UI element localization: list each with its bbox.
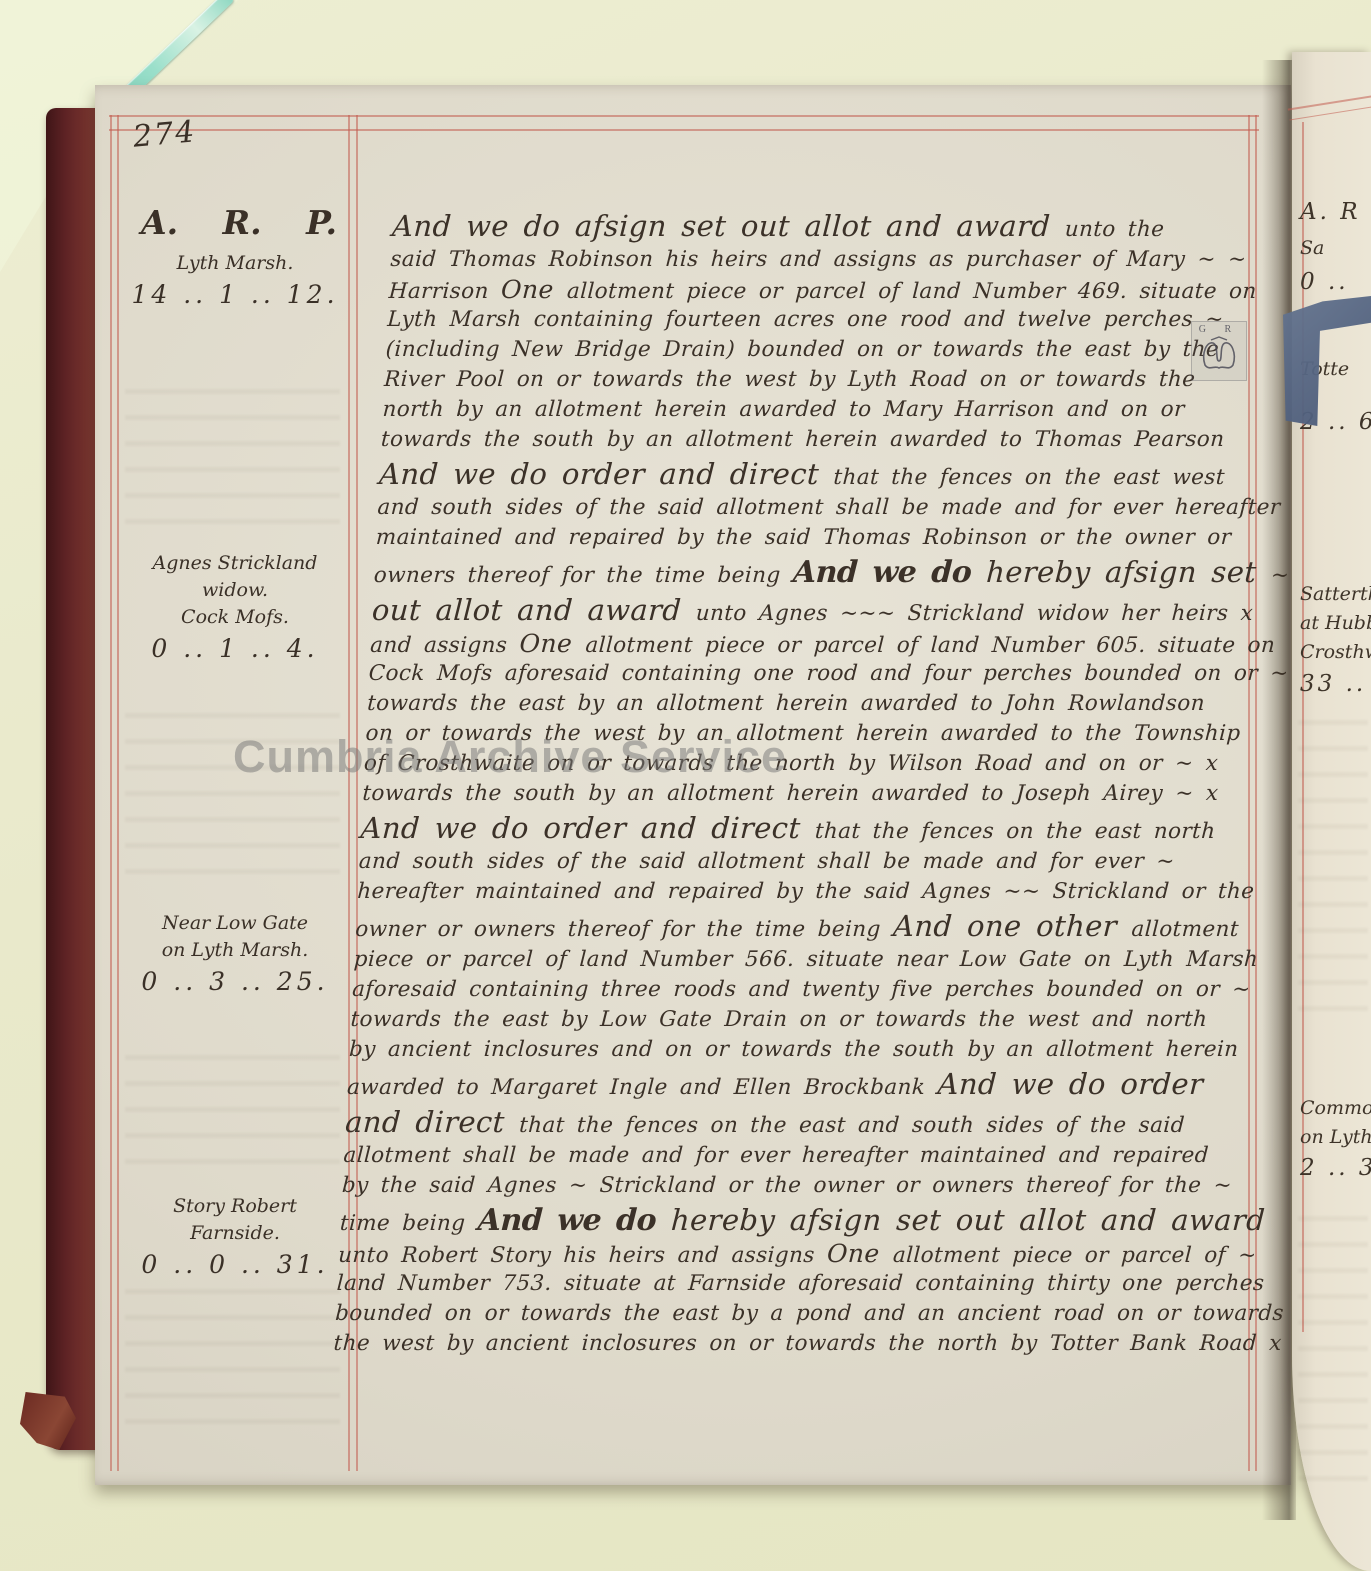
body-text-segment: time being <box>339 1211 478 1236</box>
body-text-line: Lyth Marsh containing fourteen acres one… <box>386 305 1280 335</box>
margin-note-line: Agnes Strickland <box>115 550 355 577</box>
body-text-segment: that the fences on the east north <box>814 819 1216 844</box>
body-text-line: and direct that the fences on the east a… <box>344 1103 1238 1141</box>
right-page-edge: A. RSa0 ..Totte2 .. 6Satterthwat Hubbers… <box>1292 52 1371 1571</box>
body-text-segment: (including New Bridge Drain) bounded on … <box>385 337 1220 362</box>
body-text-segment: bounded on or towards the east by a pond… <box>335 1301 1285 1326</box>
body-text-segment: by ancient inclosures and on or towards … <box>348 1037 1239 1062</box>
right-page-fragment: 0 .. <box>1300 268 1349 297</box>
bleed-through-text <box>125 1035 340 1185</box>
body-text-segment: unto the <box>1064 217 1165 242</box>
margin-note-arp-value: 0 .. 1 .. 4. <box>115 634 355 663</box>
rule-line <box>1289 102 1371 121</box>
body-text-segment: And we do order and direct <box>378 457 834 491</box>
body-text-segment: One <box>826 1239 893 1268</box>
header-acres: A. <box>141 203 178 242</box>
body-text-segment: unto Agnes ~~~ Strickland widow her heir… <box>695 601 1254 626</box>
revenue-stamp: G R <box>1191 321 1247 381</box>
body-text-segment: and south sides of the said allotment sh… <box>358 849 1175 874</box>
body-text-line: (including New Bridge Drain) bounded on … <box>385 335 1279 365</box>
body-text-line: the west by ancient inclosures on or tow… <box>333 1329 1227 1359</box>
margin-note: Near Low Gateon Lyth Marsh.0 .. 3 .. 25. <box>115 910 355 996</box>
body-text-segment: awarded to Margaret Ingle and Ellen Broc… <box>346 1075 938 1100</box>
body-text-line: and assigns One allotment piece or parce… <box>369 629 1263 659</box>
right-page-fragment-line: 0 .. <box>1300 268 1349 297</box>
right-page-fragment-line: Common <box>1300 1094 1371 1123</box>
body-text-segment: and direct <box>344 1105 520 1139</box>
body-text-segment: River Pool on or towards the west by Lyt… <box>383 367 1195 392</box>
body-text-line: time being And we do hereby afsign set o… <box>339 1201 1233 1239</box>
margin-note-line: on Lyth Marsh. <box>115 937 355 964</box>
left-page: 274 A. R. P. Lyth Marsh.14 .. 1 .. 12.Ag… <box>95 85 1291 1485</box>
body-text-line: bounded on or towards the east by a pond… <box>334 1299 1228 1329</box>
right-page-fragment: A. R <box>1300 198 1361 227</box>
page-gutter-shadow <box>1262 60 1296 1520</box>
body-text-segment: towards the east by Low Gate Drain on or… <box>350 1007 1208 1032</box>
rule-line <box>109 129 1259 131</box>
body-text-segment: by the said Agnes ~ Strickland or the ow… <box>341 1173 1232 1198</box>
margin-note-line: Story Robert <box>115 1193 355 1220</box>
body-text-line: unto Robert Story his heirs and assigns … <box>338 1239 1232 1269</box>
body-text-line: land Number 753. situate at Farnside afo… <box>336 1269 1230 1299</box>
header-roods: R. <box>223 203 262 242</box>
body-text-segment: allotment piece or parcel of land Number… <box>585 633 1276 658</box>
right-page-fragment-line: Crosthwait <box>1300 638 1371 667</box>
margin-column-header: A. R. P. <box>141 203 337 242</box>
right-page-fragment: Satterthwat HubbersCrosthwait <box>1300 580 1371 667</box>
body-text-line: allotment shall be made and for ever her… <box>343 1141 1237 1171</box>
body-text-segment: One <box>500 275 567 304</box>
body-text: And we do afsign set out allot and award… <box>333 207 1285 1359</box>
body-text-line: and south sides of the said allotment sh… <box>358 847 1252 877</box>
stamp-cypher-icon <box>1199 335 1239 373</box>
margin-note-line: Cock Mofs. <box>115 604 355 631</box>
body-text-segment: piece or parcel of land Number 566. situ… <box>353 947 1259 972</box>
body-text-line: piece or parcel of land Number 566. situ… <box>353 945 1247 975</box>
body-text-segment: allotment <box>1131 917 1240 942</box>
body-text-segment: owners thereof for the time being <box>373 563 793 588</box>
body-text-segment: allotment piece or parcel of land Number… <box>566 279 1257 304</box>
body-text-segment: hereby afsign set out allot and award <box>670 1203 1266 1237</box>
manuscript-photo: 274 A. R. P. Lyth Marsh.14 .. 1 .. 12.Ag… <box>0 0 1371 1571</box>
margin-note-line: Near Low Gate <box>115 910 355 937</box>
body-text-line: said Thomas Robinson his heirs and assig… <box>390 245 1284 275</box>
body-text-segment: the west by ancient inclosures on or tow… <box>333 1331 1282 1356</box>
right-page-fragment: 33 .. 1 <box>1300 670 1371 699</box>
right-page-fragment: Commonon Lyth <box>1300 1094 1371 1152</box>
right-page-fragment: Sa <box>1300 234 1324 263</box>
body-text-segment: One <box>519 629 586 658</box>
margin-note-arp-value: 0 .. 3 .. 25. <box>115 967 355 996</box>
right-page-fragment-line: 2 .. 3 <box>1300 1154 1371 1183</box>
body-text-segment: allotment piece or parcel of ~ <box>892 1243 1257 1268</box>
margin-note-arp-value: 0 .. 0 .. 31. <box>115 1250 355 1279</box>
body-text-segment: allotment shall be made and for ever her… <box>343 1143 1210 1168</box>
body-text-segment: that the fences on the east west <box>833 465 1226 490</box>
right-page-fragment-line: at Hubbers <box>1300 609 1371 638</box>
body-text-line: out allot and award unto Agnes ~~~ Stric… <box>371 591 1265 629</box>
bleed-through-text <box>125 1275 340 1445</box>
body-text-segment: And we do <box>792 555 987 590</box>
right-page-fragment-line: Satterthw <box>1300 580 1371 609</box>
body-text-line: north by an allotment herein awarded to … <box>382 395 1276 425</box>
rule-line <box>109 115 1259 117</box>
body-text-segment: towards the east by an allotment herein … <box>367 691 1206 716</box>
bleed-through-text <box>1298 702 1368 1032</box>
body-text-line: And we do afsign set out allot and award… <box>391 207 1285 245</box>
margin-note: Agnes Stricklandwidow.Cock Mofs.0 .. 1 .… <box>115 550 355 663</box>
body-text-segment: out allot and award <box>371 593 697 627</box>
bleed-through-text <box>125 385 340 545</box>
right-page-fragment-line: 33 .. 1 <box>1300 670 1371 699</box>
margin-note-line: widow. <box>115 577 355 604</box>
body-text-line: and south sides of the said allotment sh… <box>377 493 1271 523</box>
body-text-line: maintained and repaired by the said Thom… <box>375 523 1269 553</box>
body-text-segment: owner or owners thereof for the time bei… <box>355 917 894 942</box>
margin-note: Story RobertFarnside.0 .. 0 .. 31. <box>115 1193 355 1279</box>
right-page-fragment: 2 .. 3 <box>1300 1154 1371 1183</box>
body-text-segment: And one other <box>892 909 1132 943</box>
right-page-fragment-line: A. R <box>1300 198 1361 227</box>
body-text-line: Cock Mofs aforesaid containing one rood … <box>368 659 1262 689</box>
body-text-line: aforesaid containing three roods and twe… <box>351 975 1245 1005</box>
body-text-segment: aforesaid containing three roods and twe… <box>352 977 1252 1002</box>
margin-note-line: Lyth Marsh. <box>115 250 355 277</box>
body-text-segment: And we do order and direct <box>360 811 816 845</box>
body-text-segment: land Number 753. situate at Farnside afo… <box>336 1271 1265 1296</box>
header-perches: P. <box>306 203 337 242</box>
body-text-line: towards the east by an allotment herein … <box>366 689 1260 719</box>
body-text-segment: towards the south by an allotment herein… <box>362 781 1219 806</box>
stamp-letters: G R <box>1192 324 1246 335</box>
body-text-segment: hereafter maintained and repaired by the… <box>357 879 1255 904</box>
page-number: 274 <box>132 114 198 154</box>
body-text-segment: unto Robert Story his heirs and assigns <box>338 1243 828 1268</box>
body-text-segment: Cock Mofs aforesaid containing one rood … <box>368 661 1289 686</box>
body-text-line: hereafter maintained and repaired by the… <box>357 877 1251 907</box>
body-text-segment: and assigns <box>370 633 521 658</box>
body-text-line: towards the east by Low Gate Drain on or… <box>350 1005 1244 1035</box>
margin-note-arp-value: 14 .. 1 .. 12. <box>115 280 355 309</box>
body-text-segment: that the fences on the east and south si… <box>519 1113 1186 1138</box>
body-text-segment: maintained and repaired by the said Thom… <box>375 525 1232 550</box>
body-text-segment: And we do <box>477 1203 672 1238</box>
body-text-segment: Harrison <box>388 279 502 304</box>
right-page-fragment-line: on Lyth <box>1300 1123 1371 1152</box>
body-text-line: River Pool on or towards the west by Lyt… <box>383 365 1277 395</box>
body-text-line: owner or owners thereof for the time bei… <box>355 907 1249 945</box>
bleed-through-text <box>1298 1202 1368 1502</box>
body-text-line: owners thereof for the time being And we… <box>373 553 1267 591</box>
body-text-line: towards the south by an allotment herein… <box>380 425 1274 455</box>
rule-line <box>1288 91 1371 120</box>
body-text-segment: and south sides of the said allotment sh… <box>377 495 1281 520</box>
body-text-segment: hereby afsign set <box>985 555 1272 589</box>
body-text-line: awarded to Margaret Ingle and Ellen Broc… <box>346 1065 1240 1103</box>
body-text-line: Harrison One allotment piece or parcel o… <box>388 275 1282 305</box>
rule-line <box>110 115 112 1471</box>
margin-note: Lyth Marsh.14 .. 1 .. 12. <box>115 250 355 309</box>
body-text-segment: towards the south by an allotment herein… <box>380 427 1225 452</box>
archive-watermark: Cumbria Archive Service <box>233 731 1233 783</box>
body-text-line: by the said Agnes ~ Strickland or the ow… <box>341 1171 1235 1201</box>
body-text-segment: And we do afsign set out allot and award <box>391 209 1066 243</box>
body-text-segment: And we do order <box>937 1067 1205 1101</box>
body-text-segment: Lyth Marsh containing fourteen acres one… <box>387 307 1225 332</box>
body-text-line: And we do order and direct that the fenc… <box>360 809 1254 847</box>
body-text-segment: said Thomas Robinson his heirs and assig… <box>390 247 1247 272</box>
body-text-line: by ancient inclosures and on or towards … <box>348 1035 1242 1065</box>
body-text-line: towards the south by an allotment herein… <box>362 779 1256 809</box>
body-text-line: And we do order and direct that the fenc… <box>378 455 1272 493</box>
margin-note-line: Farnside. <box>115 1220 355 1247</box>
right-page-fragment-line: Sa <box>1300 234 1324 263</box>
book-cover-edge <box>46 108 100 1450</box>
body-text-segment: north by an allotment herein awarded to … <box>382 397 1186 422</box>
